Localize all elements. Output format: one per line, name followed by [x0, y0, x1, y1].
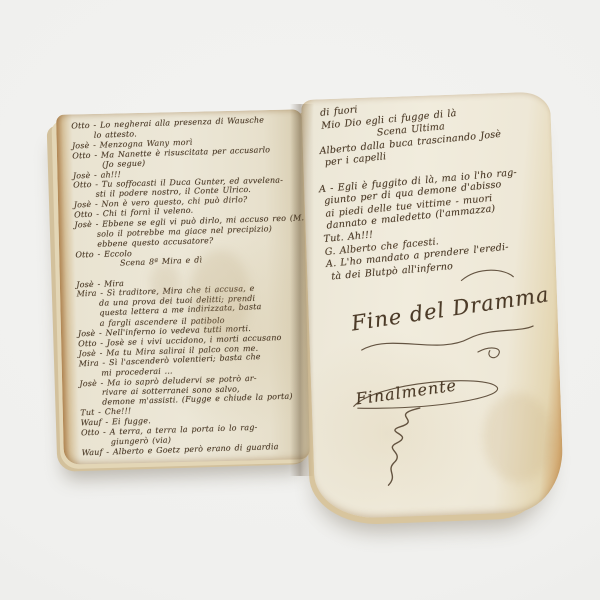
page-stain [190, 250, 250, 340]
ink-flourish [457, 263, 518, 287]
left-page: Otto - Lo negherai alla presenza di Waus… [56, 109, 310, 464]
book-gutter-shadow [290, 104, 314, 476]
manuscript-photo: Otto - Lo negherai alla presenza di Waus… [0, 0, 600, 600]
right-page-text: di fuori Mio Dio egli ci fugge di là Sce… [311, 91, 561, 284]
ink-squiggle-flourish [370, 404, 433, 490]
ink-flourish [357, 322, 538, 364]
right-page: di fuori Mio Dio egli ci fugge di là Sce… [301, 91, 565, 519]
page-stain [481, 391, 554, 483]
